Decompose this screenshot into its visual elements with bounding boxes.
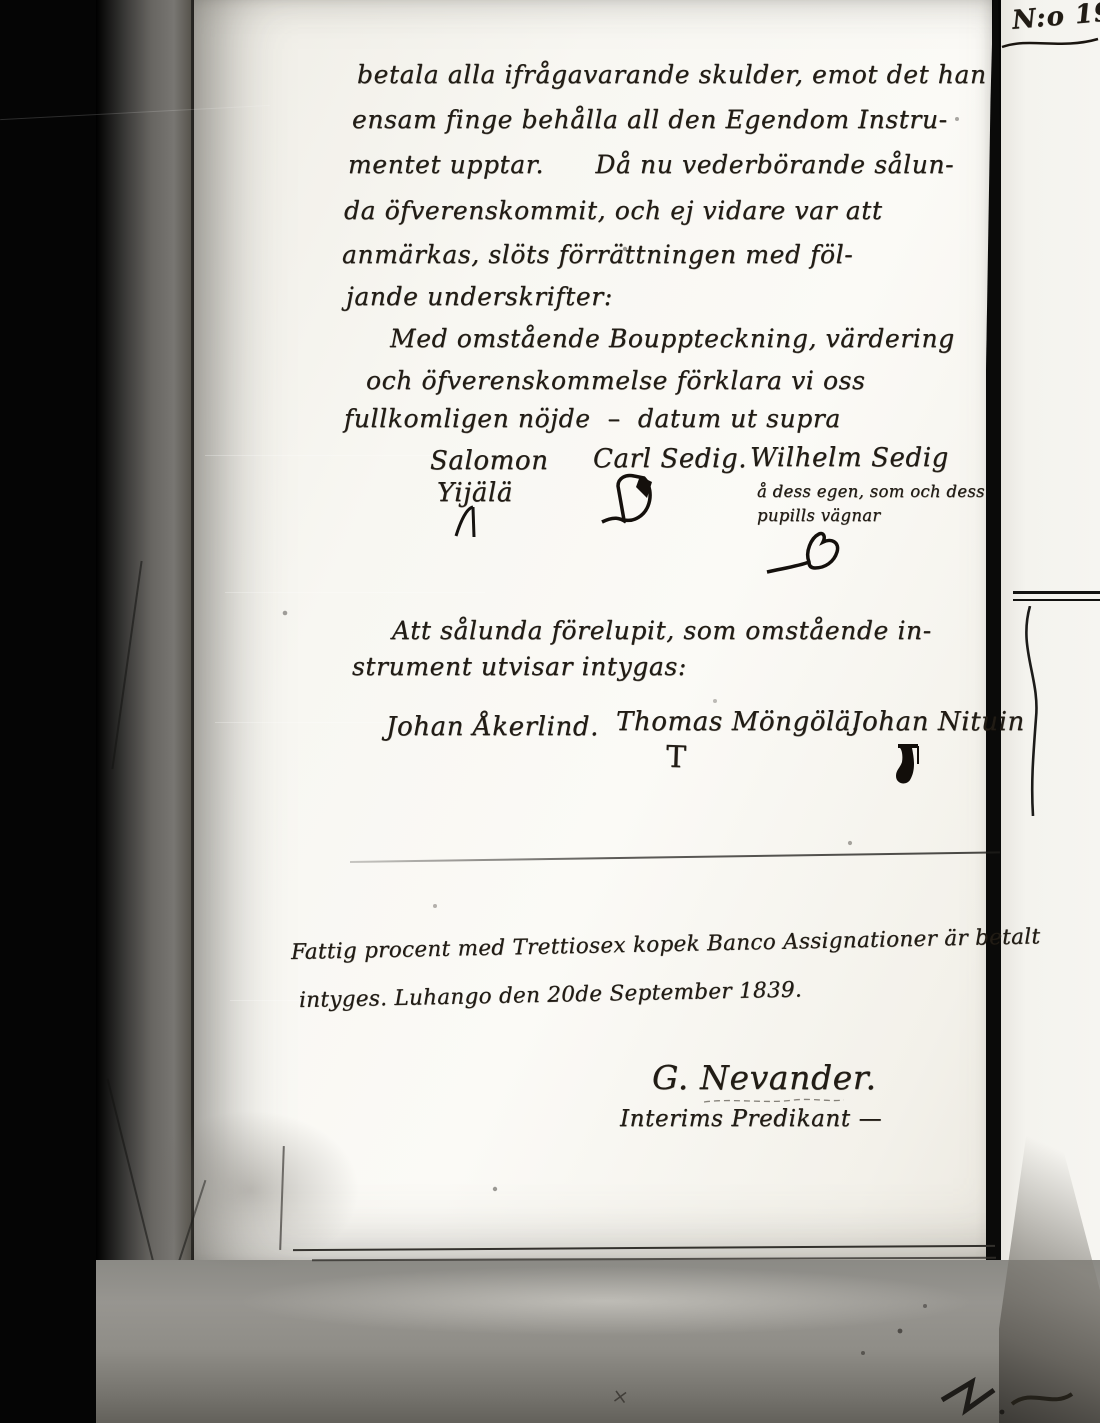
signature-wilhelm-sedig: Wilhelm Sedig [750, 443, 949, 473]
manuscript-line: jande underskrifter: [346, 282, 613, 311]
signature-salomon-yijala: Salomon [430, 446, 549, 476]
paper-specks [194, 0, 196, 2]
facing-page-rule [1013, 599, 1100, 601]
officiant-signature: G. Nevander. [652, 1058, 877, 1097]
manuscript-line: Med omstående Bouppteckning, värdering [390, 324, 955, 353]
page-number-underline-swash [1000, 33, 1100, 53]
signature-wilhelm-note: å dess egen, som och dess [757, 482, 985, 501]
manuscript-line: anmärkas, slöts förrättningen med föl- [342, 240, 853, 269]
scan-scratch [225, 592, 485, 593]
officiant-signature-flourish [704, 1096, 844, 1106]
bottom-scribble-marks [930, 1368, 1100, 1423]
facing-page-rule [1013, 591, 1100, 594]
manuscript-line: fullkomligen nöjde – datum ut supra [344, 404, 841, 433]
manuscript-line: ensam finge behålla all den Egendom Inst… [352, 105, 948, 134]
thomas-mongola-mark-letter: T [665, 740, 687, 776]
carl-sedig-bomarke-icon [600, 466, 666, 528]
signature-thomas-mongola: Thomas Möngölä. [616, 707, 860, 737]
page-left-edge [191, 0, 194, 1278]
wilhelm-sedig-bomarke-icon [765, 528, 865, 580]
signature-johan-akerlind: Johan Åkerlind. [386, 712, 599, 742]
manuscript-line: Att sålunda förelupit, som omstående in- [392, 616, 932, 645]
signature-johan-nituin: Johan Nituin [851, 707, 1025, 737]
under-sheet-highlight [236, 1266, 976, 1336]
salomon-bomarke-icon [452, 500, 492, 542]
manuscript-line: betala alla ifrågavarande skulder, emot … [357, 60, 987, 89]
scanned-manuscript: × N:o 19. betala alla ifrågavarande skul… [0, 0, 1100, 1423]
manuscript-line: och öfverenskommelse förklara vi oss [366, 366, 865, 395]
officiant-title: Interims Predikant — [620, 1106, 882, 1132]
signature-wilhelm-note: pupills vägnar [757, 506, 881, 525]
manuscript-line: strument utvisar intygas: [352, 652, 687, 681]
johan-nituin-bomarke-icon [888, 738, 930, 788]
manuscript-line: da öfverenskommit, och ej vidare var att [344, 196, 883, 225]
page-corner-shadow [140, 1110, 360, 1270]
manuscript-line: mentet upptar. Då nu vederbörande sålun- [348, 150, 954, 179]
